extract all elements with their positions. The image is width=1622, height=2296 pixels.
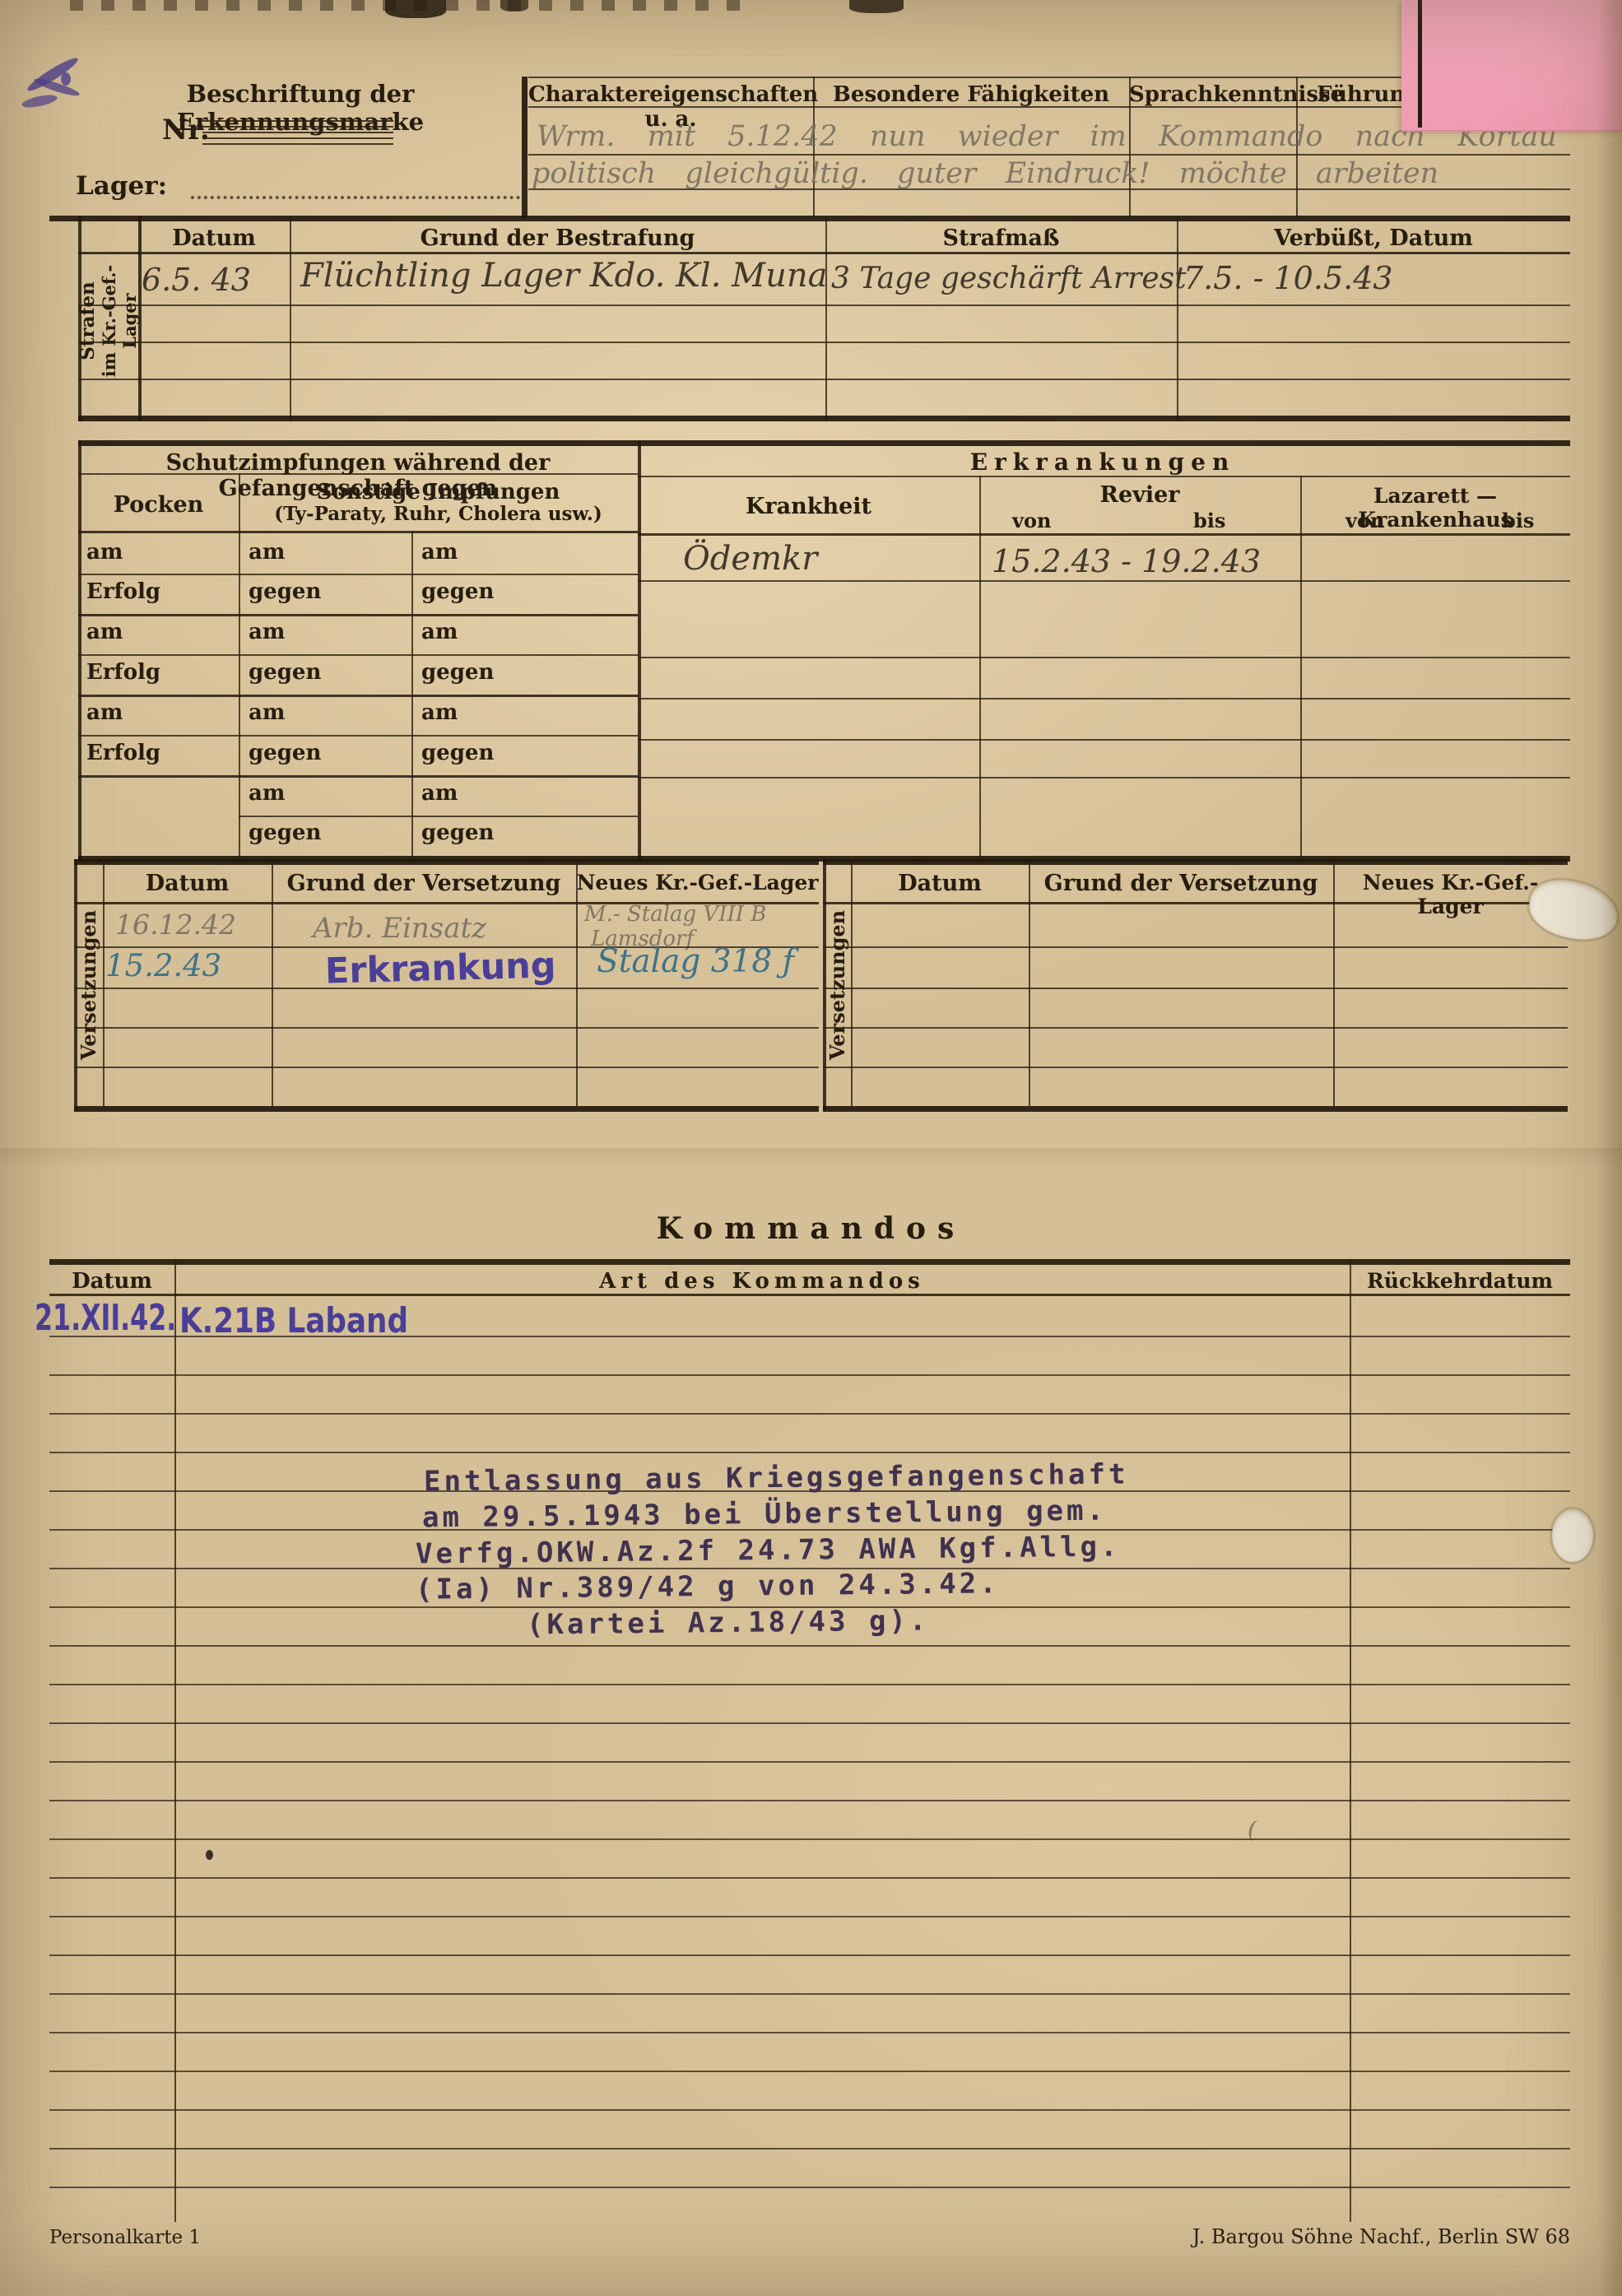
table-line [74, 1106, 819, 1112]
impfungen-cell: am [86, 540, 123, 565]
strafen-col-grund: Grund der Bestrafung [290, 225, 825, 251]
punch-hole [1524, 874, 1622, 947]
table-line [1350, 1259, 1351, 2222]
lazarett-von-label: von [1345, 509, 1384, 532]
kommandos-col-datum: Datum [49, 1269, 174, 1294]
strafen-entry-grund: Flüchtling Lager Kdo. Kl. Muna [300, 257, 827, 295]
impfungen-cell: gegen [249, 660, 321, 685]
impfungen-cell: am [249, 781, 285, 806]
table-line [528, 188, 1570, 190]
erkrankung-stamp: Erkrankung [324, 945, 556, 992]
erkrankungen-title: Erkrankungen [638, 449, 1568, 476]
table-line [49, 1259, 1570, 1265]
table-line [78, 440, 1570, 446]
table-line [823, 1106, 1568, 1112]
impfungen-cell: gegen [421, 660, 494, 685]
table-line [78, 574, 638, 575]
table-line [78, 379, 1570, 380]
impfungen-cell: gegen [421, 820, 494, 845]
versetzungen-col-grund: Grund der Versetzung [1029, 871, 1333, 896]
table-line [528, 154, 1570, 156]
impfungen-cell: gegen [249, 820, 321, 845]
kommandos-title: Kommandos [0, 1211, 1622, 1246]
impfungen-cell: am [421, 540, 458, 565]
impfungen-cell: Erfolg [86, 579, 160, 604]
table-line [522, 77, 527, 218]
impfungen-cell: Erfolg [86, 660, 160, 685]
ink-blot [21, 93, 58, 110]
impfungen-cell: am [421, 781, 458, 806]
table-line [576, 859, 578, 1106]
table-line [1029, 859, 1030, 1106]
revier-von-label: von [1012, 509, 1051, 532]
table-line [74, 988, 819, 989]
table-line [78, 304, 1570, 306]
table-line [823, 859, 1568, 865]
strafen-col-verbuesst: Verbüßt, Datum [1177, 225, 1570, 251]
table-line [74, 1067, 819, 1068]
table-line [823, 1027, 1568, 1029]
impfungen-cell: am [86, 620, 123, 644]
versetzungen-col-neues: Neues Kr.-Gef.-Lager [576, 871, 819, 895]
typed-discharge-line4: (Ia) Nr.389/42 g von 24.3.42. [416, 1567, 1000, 1606]
typed-discharge-line5: (Kartei Az.18/43 g). [527, 1604, 930, 1641]
scan-edge-blot [849, 0, 904, 13]
table-line [823, 988, 1568, 989]
revier-bis-label: bis [1193, 509, 1225, 532]
table-line [78, 342, 1570, 343]
table-line [638, 698, 1570, 699]
impfungen-cell: am [249, 620, 285, 644]
erkrankungen-entry-revier: 15.2.43 - 19.2.43 [992, 543, 1261, 579]
table-line [74, 1027, 819, 1029]
table-line [823, 946, 1568, 948]
kommandos-ruled-rows [49, 1299, 1570, 2222]
kommando-stamp-datum: 21.XII.42. [35, 1297, 176, 1339]
impfungen-cell: am [86, 700, 123, 725]
table-line [78, 695, 638, 697]
table-line [78, 654, 638, 656]
impfungen-cell: gegen [421, 741, 494, 765]
ink-speck [206, 1850, 213, 1860]
strafen-entry-verbuesst: 7.5. - 10.5.43 [1183, 260, 1393, 296]
lager-dotted-line [191, 168, 520, 199]
versetzungen-row1-grund: Arb. Einsatz [313, 912, 486, 945]
erkrankungen-col-revier: Revier [979, 482, 1300, 508]
footer-printer: J. Bargou Söhne Nachf., Berlin SW 68 [1169, 2225, 1570, 2248]
impfungen-cell: am [249, 540, 285, 565]
lager-label: Lager: [76, 171, 167, 201]
table-line [638, 580, 1570, 582]
versetzungen-col-datum: Datum [103, 871, 272, 896]
scan-edge-blot [385, 0, 446, 18]
versetzungen-side-label-text: Versetzungen [77, 910, 100, 1060]
ink-blot [61, 72, 71, 86]
versetzungen-row2-datum: 15.2.43 [105, 948, 221, 983]
table-line [638, 657, 1570, 658]
kommandos-col-art: Art des Kommandos [174, 1269, 1350, 1294]
versetzungen-col-datum: Datum [851, 871, 1029, 896]
table-line [78, 473, 638, 475]
versetzungen-row2-neues: Stalag 318 ƒ [597, 943, 794, 980]
table-line [78, 531, 638, 533]
impfungen-col-sonstige-sub: (Ty-Paraty, Ruhr, Cholera usw.) [239, 503, 638, 525]
col-header-besondere-faehigkeiten: Besondere Fähigkeiten [813, 82, 1129, 107]
erkrankungen-entry-krankheit: Ödemkr [683, 540, 817, 578]
paper-crease [0, 1148, 1622, 1169]
table-line [638, 739, 1570, 741]
table-line [239, 816, 638, 817]
impfungen-col-pocken: Pocken [78, 492, 239, 518]
table-line [638, 777, 1570, 779]
table-line [78, 614, 638, 616]
punch-hole [1552, 1509, 1593, 1562]
table-line [78, 735, 638, 737]
impfungen-cell: gegen [249, 741, 321, 765]
strafen-entry-datum: 6.5. 43 [142, 262, 251, 298]
strafen-side-label-line1: Strafen [77, 281, 99, 360]
strafen-entry-strafmass: 3 Tage geschärft Arrest [831, 262, 1187, 295]
erkrankungen-col-krankheit: Krankheit [638, 494, 979, 519]
personalkarte-rueckseite: Beschriftung der Erkennungsmarke Nr. Lag… [0, 0, 1622, 2296]
table-line [49, 216, 1570, 221]
table-line [411, 531, 413, 856]
table-line [823, 902, 1568, 904]
impfungen-cell: gegen [249, 579, 321, 604]
impfungen-cell: Erfolg [86, 741, 160, 765]
col-header-sprachkenntnisse: Sprachkenntnisse [1129, 82, 1296, 107]
strafen-col-datum: Datum [138, 225, 290, 251]
table-line [78, 775, 638, 778]
versetzungen-side-label-text: Versetzungen [825, 910, 849, 1060]
versetzungen-row1-neues-line1: M.- Stalag VIII B [584, 902, 766, 927]
impfungen-cell: am [249, 700, 285, 725]
versetzungen-col-grund: Grund der Versetzung [272, 871, 576, 896]
impfungen-cell: gegen [421, 579, 494, 604]
kommandos-col-rueckkehr: Rückkehrdatum [1350, 1269, 1570, 1293]
versetzungen-side-label: Versetzungen [771, 919, 903, 1051]
table-line [638, 533, 1570, 536]
versetzungen-row1-datum: 16.12.42 [115, 909, 236, 941]
pink-slip-edge-line [1418, 0, 1422, 128]
footer-form-name: Personalkarte 1 [49, 2227, 201, 2248]
strafen-col-strafmass: Strafmaß [825, 225, 1177, 251]
impfungen-cell: am [421, 620, 458, 644]
table-line [78, 416, 1570, 421]
pencil-note-line2: politisch gleichgültig. guter Eindruck! … [532, 157, 1438, 190]
pink-slip [1401, 0, 1622, 132]
kommando-stamp-art: K.21B Laband [179, 1300, 408, 1341]
table-line [174, 1259, 176, 2222]
edge-shading [1598, 0, 1622, 2296]
impfungen-col-sonstige: Sonstige Impfungen [239, 480, 638, 504]
impfungen-cell: am [421, 700, 458, 725]
lazarett-bis-label: bis [1502, 509, 1534, 532]
table-line [78, 252, 1570, 254]
table-line [823, 1067, 1568, 1068]
nr-ruled-lines [202, 120, 393, 148]
table-line [49, 1294, 1570, 1296]
table-line [272, 859, 273, 1106]
table-line [74, 859, 819, 865]
scan-edge-blot [500, 0, 528, 12]
table-line [638, 476, 1570, 477]
